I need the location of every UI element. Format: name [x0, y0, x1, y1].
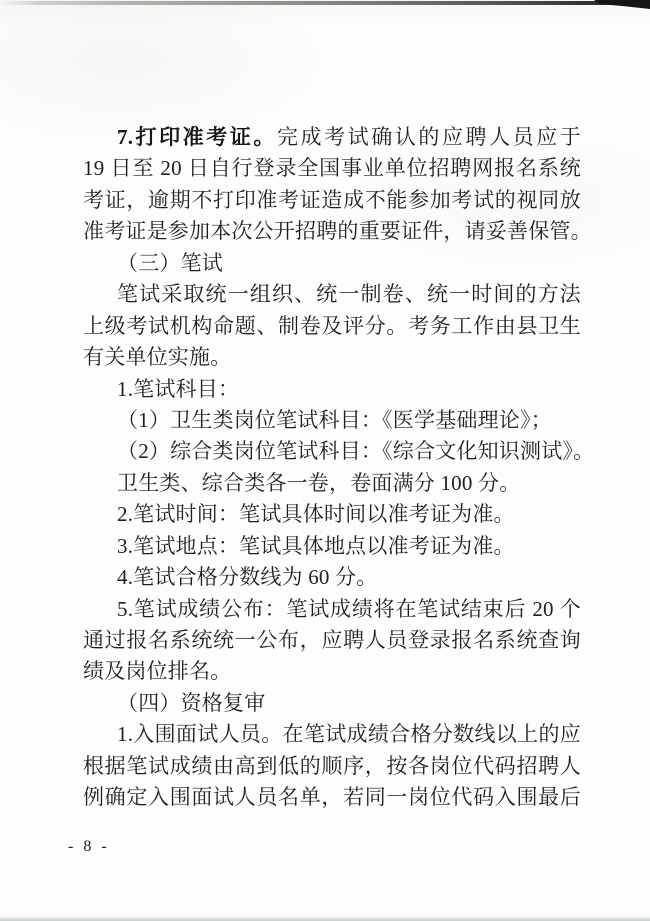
document-line: 绩及岗位排名。	[83, 656, 581, 687]
document-line: 19 日至 20 日自行登录全国事业单位招聘网报名系统下载打印准	[83, 153, 581, 184]
document-line: 有关单位实施。	[83, 342, 581, 373]
document-line: 3.笔试地点：笔试具体地点以准考证为准。	[83, 531, 581, 562]
document-line: 5.笔试成绩公布：笔试成绩将在笔试结束后 20 个工作日内	[83, 594, 581, 625]
paragraph-heading-print-admission-ticket: 7.打印准考证。	[117, 125, 277, 149]
document-line: 通过报名系统统一公布，应聘人员登录报名系统查询本人笔试成	[83, 625, 581, 656]
document-line: 卫生类、综合类各一卷，卷面满分 100 分。	[83, 468, 581, 499]
page-number: - 8 -	[68, 838, 110, 856]
scan-top-edge-artifact	[0, 1, 650, 5]
document-line: 2.笔试时间：笔试具体时间以准考证为准。	[83, 499, 581, 530]
document-line: 准考证是参加本次公开招聘的重要证件，请妥善保管。	[83, 216, 581, 247]
scan-bottom-edge-artifact	[0, 917, 650, 921]
document-line: 例确定入围面试人员名单，若同一岗位代码入围最后一名笔试成	[83, 782, 581, 813]
document-line: 上级考试机构命题、制卷及评分。考务工作由县卫生健康局会同	[83, 311, 581, 342]
document-line: 笔试采取统一组织、统一制卷、统一时间的方法进行，委托	[83, 279, 581, 310]
document-line: 7.打印准考证。完成考试确认的应聘人员应于 2024 年 6 月	[83, 122, 581, 153]
document-line: （1）卫生类岗位笔试科目：《医学基础理论》；	[83, 405, 581, 436]
document-line: （2）综合类岗位笔试科目：《综合文化知识测试》。	[83, 436, 581, 467]
scanned-document-page: 7.打印准考证。完成考试确认的应聘人员应于 2024 年 6 月 19 日至 2…	[0, 0, 650, 921]
section-heading-qualification-review: （四）资格复审	[83, 688, 581, 719]
section-heading-written-test: （三）笔试	[83, 248, 581, 279]
document-line: 根据笔试成绩由高到低的顺序，按各岗位代码招聘人数 1: 3 的比	[83, 751, 581, 782]
document-line: 考证，逾期不打印准考证造成不能参加考试的视同放弃考试资格。	[83, 185, 581, 216]
document-line: 1.笔试科目：	[83, 374, 581, 405]
document-line: 1.入围面试人员。在笔试成绩合格分数线以上的应聘人员中，	[83, 719, 581, 750]
document-line: 4.笔试合格分数线为 60 分。	[83, 562, 581, 593]
document-body: 7.打印准考证。完成考试确认的应聘人员应于 2024 年 6 月 19 日至 2…	[83, 122, 581, 814]
